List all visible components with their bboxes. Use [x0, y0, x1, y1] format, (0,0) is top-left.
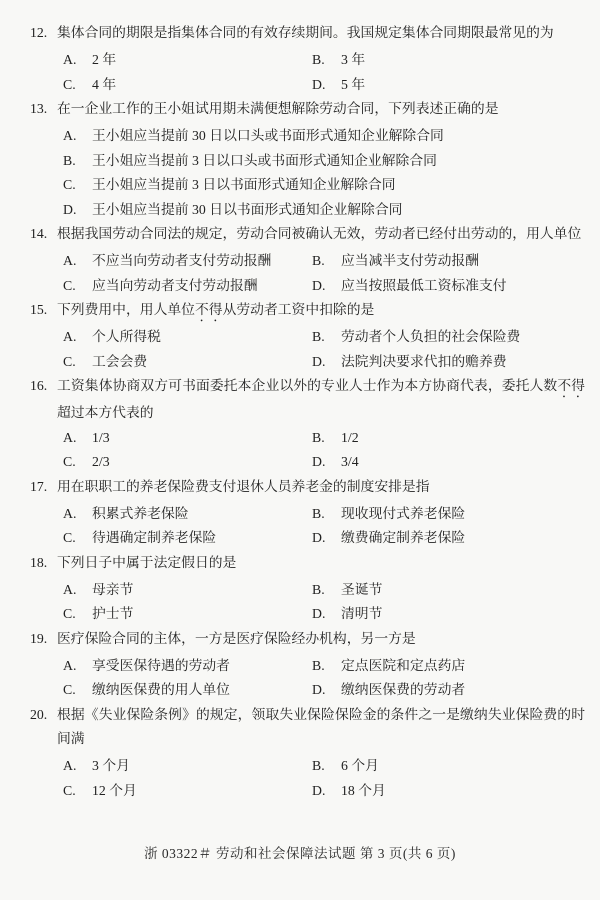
option-letter: D.: [63, 198, 81, 223]
option-text: 个人所得税: [92, 329, 161, 344]
question-text: 下列日子中属于法定假日的是: [57, 551, 585, 578]
question-16-stem: 16. 工资集体协商双方可书面委托本企业以外的专业人士作为本方协商代表，委托人数…: [30, 374, 585, 426]
option-text: 定点医院和定点药店: [341, 658, 465, 673]
option-letter: D.: [312, 678, 330, 703]
question-18-options: A.母亲节 B.圣诞节 C.护士节 D.清明节: [30, 578, 585, 627]
stem-text: 在一企业工作的王小姐试用期未满便想解除劳动合同，下列表述正确的是: [57, 101, 499, 116]
option-d: D.法院判决要求代扣的赡养费: [312, 350, 585, 375]
option-text: 4 年: [92, 77, 116, 92]
option-letter: A.: [63, 502, 81, 527]
question-number: 16.: [30, 374, 57, 426]
question-13-stem: 13. 在一企业工作的王小姐试用期未满便想解除劳动合同，下列表述正确的是: [30, 97, 585, 124]
option-text: 圣诞节: [341, 582, 382, 597]
option-a: A.王小姐应当提前 30 日以口头或书面形式通知企业解除合同: [63, 124, 585, 149]
option-text: 应当按照最低工资标准支付: [341, 278, 507, 293]
option-text: 缴纳医保费的劳动者: [341, 682, 465, 697]
question-15-stem: 15. 下列费用中，用人单位不得从劳动者工资中扣除的是: [30, 298, 585, 325]
question-19: 19. 医疗保险合同的主体，一方是医疗保险经办机构，另一方是 A.享受医保待遇的…: [30, 627, 585, 703]
option-text: 护士节: [92, 606, 133, 621]
option-a: A.个人所得税: [63, 325, 312, 350]
option-text: 王小姐应当提前 30 日以书面形式通知企业解除合同: [92, 202, 402, 217]
question-15: 15. 下列费用中，用人单位不得从劳动者工资中扣除的是 A.个人所得税 B.劳动…: [30, 298, 585, 374]
option-text: 应当向劳动者支付劳动报酬: [92, 278, 258, 293]
question-text: 医疗保险合同的主体，一方是医疗保险经办机构，另一方是: [57, 627, 585, 654]
option-letter: B.: [312, 654, 330, 679]
option-c: C.应当向劳动者支付劳动报酬: [63, 274, 312, 299]
option-a: A.积累式养老保险: [63, 502, 312, 527]
option-text: 缴纳医保费的用人单位: [92, 682, 230, 697]
question-20-options: A.3 个月 B.6 个月 C.12 个月 D.18 个月: [30, 754, 585, 803]
question-number: 19.: [30, 627, 57, 654]
option-letter: B.: [312, 502, 330, 527]
option-letter: B.: [63, 149, 81, 174]
question-12-options: A.2 年 B.3 年 C.4 年 D.5 年: [30, 48, 585, 97]
option-letter: D.: [312, 602, 330, 627]
option-letter: A.: [63, 578, 81, 603]
question-12: 12. 集体合同的期限是指集体合同的有效存续期间。我国规定集体合同期限最常见的为…: [30, 21, 585, 97]
option-d: D.缴费确定制养老保险: [312, 526, 585, 551]
option-text: 王小姐应当提前 3 日以口头或书面形式通知企业解除合同: [92, 153, 437, 168]
question-14-stem: 14. 根据我国劳动合同法的规定，劳动合同被确认无效，劳动者已经付出劳动的，用人…: [30, 222, 585, 249]
option-letter: A.: [63, 754, 81, 779]
stem-text: 用在职职工的养老保险费支付退休人员养老金的制度安排是指: [57, 479, 430, 494]
option-letter: C.: [63, 526, 81, 551]
option-text: 王小姐应当提前 3 日以书面形式通知企业解除合同: [92, 177, 396, 192]
question-number: 12.: [30, 21, 57, 48]
option-text: 18 个月: [341, 783, 386, 798]
option-letter: D.: [312, 350, 330, 375]
stem-text-after: 从劳动者工资中扣除的是: [223, 302, 375, 317]
option-c: C.4 年: [63, 73, 312, 98]
question-17: 17. 用在职职工的养老保险费支付退休人员养老金的制度安排是指 A.积累式养老保…: [30, 475, 585, 551]
option-text: 清明节: [341, 606, 382, 621]
option-letter: D.: [312, 73, 330, 98]
question-text: 根据《失业保险条例》的规定，领取失业保险保险金的条件之一是缴纳失业保险费的时间满: [57, 703, 585, 755]
question-13-options: A.王小姐应当提前 30 日以口头或书面形式通知企业解除合同 B.王小姐应当提前…: [30, 124, 585, 222]
option-d: D.应当按照最低工资标准支付: [312, 274, 585, 299]
question-14-options: A.不应当向劳动者支付劳动报酬 B.应当减半支付劳动报酬 C.应当向劳动者支付劳…: [30, 249, 585, 298]
option-b: B.应当减半支付劳动报酬: [312, 249, 585, 274]
page-footer: 浙 03322＃ 劳动和社会保障法试题 第 3 页(共 6 页): [0, 842, 600, 862]
option-a: A.3 个月: [63, 754, 312, 779]
option-a: A.2 年: [63, 48, 312, 73]
question-number: 17.: [30, 475, 57, 502]
question-number: 20.: [30, 703, 57, 755]
option-text: 5 年: [341, 77, 365, 92]
question-20-stem: 20. 根据《失业保险条例》的规定，领取失业保险保险金的条件之一是缴纳失业保险费…: [30, 703, 585, 755]
option-letter: C.: [63, 678, 81, 703]
option-letter: C.: [63, 350, 81, 375]
option-a: A.不应当向劳动者支付劳动报酬: [63, 249, 312, 274]
question-number: 13.: [30, 97, 57, 124]
option-text: 王小姐应当提前 30 日以口头或书面形式通知企业解除合同: [92, 128, 444, 143]
question-19-stem: 19. 医疗保险合同的主体，一方是医疗保险经办机构，另一方是: [30, 627, 585, 654]
option-letter: D.: [312, 450, 330, 475]
question-19-options: A.享受医保待遇的劳动者 B.定点医院和定点药店 C.缴纳医保费的用人单位 D.…: [30, 654, 585, 703]
option-text: 2 年: [92, 52, 116, 67]
option-c: C.王小姐应当提前 3 日以书面形式通知企业解除合同: [63, 173, 585, 198]
option-letter: B.: [312, 578, 330, 603]
option-b: B.3 年: [312, 48, 585, 73]
stem-emphasis: 不得: [557, 378, 585, 393]
option-letter: B.: [312, 325, 330, 350]
stem-text-after: 超过本方代表的: [57, 405, 154, 420]
option-letter: C.: [63, 450, 81, 475]
option-letter: A.: [63, 48, 81, 73]
question-text: 工资集体协商双方可书面委托本企业以外的专业人士作为本方协商代表，委托人数不得超过…: [57, 374, 585, 426]
option-text: 积累式养老保险: [92, 506, 189, 521]
option-letter: C.: [63, 73, 81, 98]
option-b: B.王小姐应当提前 3 日以口头或书面形式通知企业解除合同: [63, 149, 585, 174]
stem-text: 医疗保险合同的主体，一方是医疗保险经办机构，另一方是: [57, 631, 416, 646]
option-b: B.劳动者个人负担的社会保险费: [312, 325, 585, 350]
option-text: 2/3: [92, 454, 110, 469]
option-d: D.清明节: [312, 602, 585, 627]
question-17-stem: 17. 用在职职工的养老保险费支付退休人员养老金的制度安排是指: [30, 475, 585, 502]
option-letter: A.: [63, 124, 81, 149]
option-text: 母亲节: [92, 582, 133, 597]
question-17-options: A.积累式养老保险 B.现收现付式养老保险 C.待遇确定制养老保险 D.缴费确定…: [30, 502, 585, 551]
option-text: 3 年: [341, 52, 365, 67]
option-c: C.待遇确定制养老保险: [63, 526, 312, 551]
question-18-stem: 18. 下列日子中属于法定假日的是: [30, 551, 585, 578]
option-c: C.缴纳医保费的用人单位: [63, 678, 312, 703]
question-text: 根据我国劳动合同法的规定，劳动合同被确认无效，劳动者已经付出劳动的，用人单位: [57, 222, 585, 249]
stem-text: 下列日子中属于法定假日的是: [57, 555, 236, 570]
stem-text: 根据我国劳动合同法的规定，劳动合同被确认无效，劳动者已经付出劳动的，用人单位: [57, 226, 581, 241]
option-text: 应当减半支付劳动报酬: [341, 253, 479, 268]
option-a: A.享受医保待遇的劳动者: [63, 654, 312, 679]
option-text: 缴费确定制养老保险: [341, 530, 465, 545]
question-13: 13. 在一企业工作的王小姐试用期未满便想解除劳动合同，下列表述正确的是 A.王…: [30, 97, 585, 222]
question-14: 14. 根据我国劳动合同法的规定，劳动合同被确认无效，劳动者已经付出劳动的，用人…: [30, 222, 585, 298]
question-16-options: A.1/3 B.1/2 C.2/3 D.3/4: [30, 426, 585, 475]
option-letter: C.: [63, 602, 81, 627]
option-letter: A.: [63, 325, 81, 350]
stem-emphasis: 不得: [195, 302, 223, 317]
option-b: B.现收现付式养老保险: [312, 502, 585, 527]
option-text: 待遇确定制养老保险: [92, 530, 216, 545]
option-text: 享受医保待遇的劳动者: [92, 658, 230, 673]
option-letter: B.: [312, 426, 330, 451]
option-letter: A.: [63, 249, 81, 274]
stem-text: 下列费用中，用人单位: [57, 302, 195, 317]
option-text: 12 个月: [92, 783, 137, 798]
option-d: D.3/4: [312, 450, 585, 475]
option-letter: D.: [312, 526, 330, 551]
option-text: 1/2: [341, 430, 359, 445]
option-letter: D.: [312, 274, 330, 299]
option-b: B.定点医院和定点药店: [312, 654, 585, 679]
option-letter: D.: [312, 779, 330, 804]
option-text: 工会会费: [92, 354, 147, 369]
question-text: 集体合同的期限是指集体合同的有效存续期间。我国规定集体合同期限最常见的为: [57, 21, 585, 48]
option-c: C.护士节: [63, 602, 312, 627]
option-c: C.12 个月: [63, 779, 312, 804]
question-number: 18.: [30, 551, 57, 578]
option-d: D.缴纳医保费的劳动者: [312, 678, 585, 703]
option-c: C.工会会费: [63, 350, 312, 375]
option-b: B.6 个月: [312, 754, 585, 779]
option-text: 3/4: [341, 454, 359, 469]
option-d: D.5 年: [312, 73, 585, 98]
option-text: 劳动者个人负担的社会保险费: [341, 329, 520, 344]
question-20: 20. 根据《失业保险条例》的规定，领取失业保险保险金的条件之一是缴纳失业保险费…: [30, 703, 585, 804]
question-12-stem: 12. 集体合同的期限是指集体合同的有效存续期间。我国规定集体合同期限最常见的为: [30, 21, 585, 48]
option-letter: B.: [312, 249, 330, 274]
stem-text: 集体合同的期限是指集体合同的有效存续期间。我国规定集体合同期限最常见的为: [57, 25, 554, 40]
option-text: 法院判决要求代扣的赡养费: [341, 354, 507, 369]
option-d: D.18 个月: [312, 779, 585, 804]
option-text: 不应当向劳动者支付劳动报酬: [92, 253, 271, 268]
question-text: 用在职职工的养老保险费支付退休人员养老金的制度安排是指: [57, 475, 585, 502]
option-text: 3 个月: [92, 758, 130, 773]
option-letter: C.: [63, 173, 81, 198]
option-letter: B.: [312, 48, 330, 73]
question-text: 在一企业工作的王小姐试用期未满便想解除劳动合同，下列表述正确的是: [57, 97, 585, 124]
question-number: 14.: [30, 222, 57, 249]
option-letter: B.: [312, 754, 330, 779]
option-d: D.王小姐应当提前 30 日以书面形式通知企业解除合同: [63, 198, 585, 223]
question-number: 15.: [30, 298, 57, 325]
option-letter: C.: [63, 274, 81, 299]
option-letter: A.: [63, 426, 81, 451]
stem-text: 根据《失业保险条例》的规定，领取失业保险保险金的条件之一是缴纳失业保险费的时间满: [57, 707, 585, 747]
exam-page: 12. 集体合同的期限是指集体合同的有效存续期间。我国规定集体合同期限最常见的为…: [0, 0, 600, 803]
option-a: A.母亲节: [63, 578, 312, 603]
question-15-options: A.个人所得税 B.劳动者个人负担的社会保险费 C.工会会费 D.法院判决要求代…: [30, 325, 585, 374]
question-18: 18. 下列日子中属于法定假日的是 A.母亲节 B.圣诞节 C.护士节 D.清明…: [30, 551, 585, 627]
option-b: B.圣诞节: [312, 578, 585, 603]
option-letter: C.: [63, 779, 81, 804]
question-16: 16. 工资集体协商双方可书面委托本企业以外的专业人士作为本方协商代表，委托人数…: [30, 374, 585, 475]
option-a: A.1/3: [63, 426, 312, 451]
option-text: 1/3: [92, 430, 110, 445]
question-text: 下列费用中，用人单位不得从劳动者工资中扣除的是: [57, 298, 585, 325]
option-letter: A.: [63, 654, 81, 679]
option-text: 6 个月: [341, 758, 379, 773]
stem-text: 工资集体协商双方可书面委托本企业以外的专业人士作为本方协商代表，委托人数: [57, 378, 557, 393]
option-b: B.1/2: [312, 426, 585, 451]
option-c: C.2/3: [63, 450, 312, 475]
option-text: 现收现付式养老保险: [341, 506, 465, 521]
